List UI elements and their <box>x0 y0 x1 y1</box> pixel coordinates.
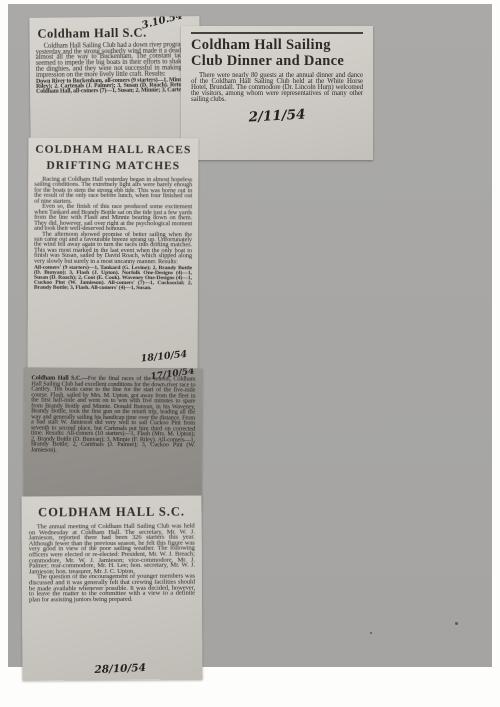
clipping-final-race-cantley: 17/10/54 Coldham Hall S.C.—For the final… <box>24 367 203 510</box>
clipping-paragraph: Coldham Hall Sailing Club had a down riv… <box>36 42 194 78</box>
clipping-annual-meeting: COLDHAM HALL S.C. The annual meeting of … <box>22 496 203 681</box>
scan-speck <box>455 622 458 625</box>
clipping-paragraph: Even so, the finish of this race produce… <box>34 204 192 232</box>
race-results: All-comers' (9 starters)—1, Tankard (G. … <box>34 266 192 291</box>
clipping-paragraph: Racing at Coldham Hall yesterday began i… <box>34 177 192 205</box>
clipping-paragraph: The afternoon showed promise of better s… <box>34 231 192 264</box>
scan-speck <box>370 632 372 634</box>
clipping-paragraph: The annual meeting of Coldham Hall Saili… <box>29 524 195 575</box>
clipping-title: Coldham Hall S.C. <box>37 26 193 41</box>
clipping-down-river-race: 3.10.54 Coldham Hall S.C. Coldham Hall S… <box>29 16 200 148</box>
handwritten-date: 18/10/54 <box>141 349 188 365</box>
clipping-headline-line2: DRIFTING MATCHES <box>34 160 192 174</box>
clipping-headline-line2: Club Dinner and Dance <box>191 54 363 70</box>
handwritten-date: 28/10/54 <box>94 662 146 676</box>
clipping-drifting-matches: COLDHAM HALL RACES DRIFTING MATCHES Raci… <box>28 138 199 369</box>
clipping-paragraph: For the final races of the season, Coldh… <box>31 375 196 453</box>
column-rule <box>191 32 363 34</box>
clipping-paragraph: The question of the encouragement of you… <box>29 574 195 603</box>
album-page: 3.10.54 Coldham Hall S.C. Coldham Hall S… <box>8 4 492 667</box>
clipping-headline-line1: COLDHAM HALL RACES <box>34 144 192 158</box>
clipping-paragraph: There were nearly 80 guests at the annua… <box>191 73 363 103</box>
clipping-title: COLDHAM HALL S.C. <box>29 506 195 520</box>
handwritten-date: 2/11/54 <box>191 103 364 128</box>
clipping-dinner-and-dance: Coldham Hall Sailing Club Dinner and Dan… <box>181 26 373 160</box>
race-results: Down River to Buckenham, all-comers (9 s… <box>36 78 194 95</box>
clipping-headline-line1: Coldham Hall Sailing <box>191 38 363 54</box>
